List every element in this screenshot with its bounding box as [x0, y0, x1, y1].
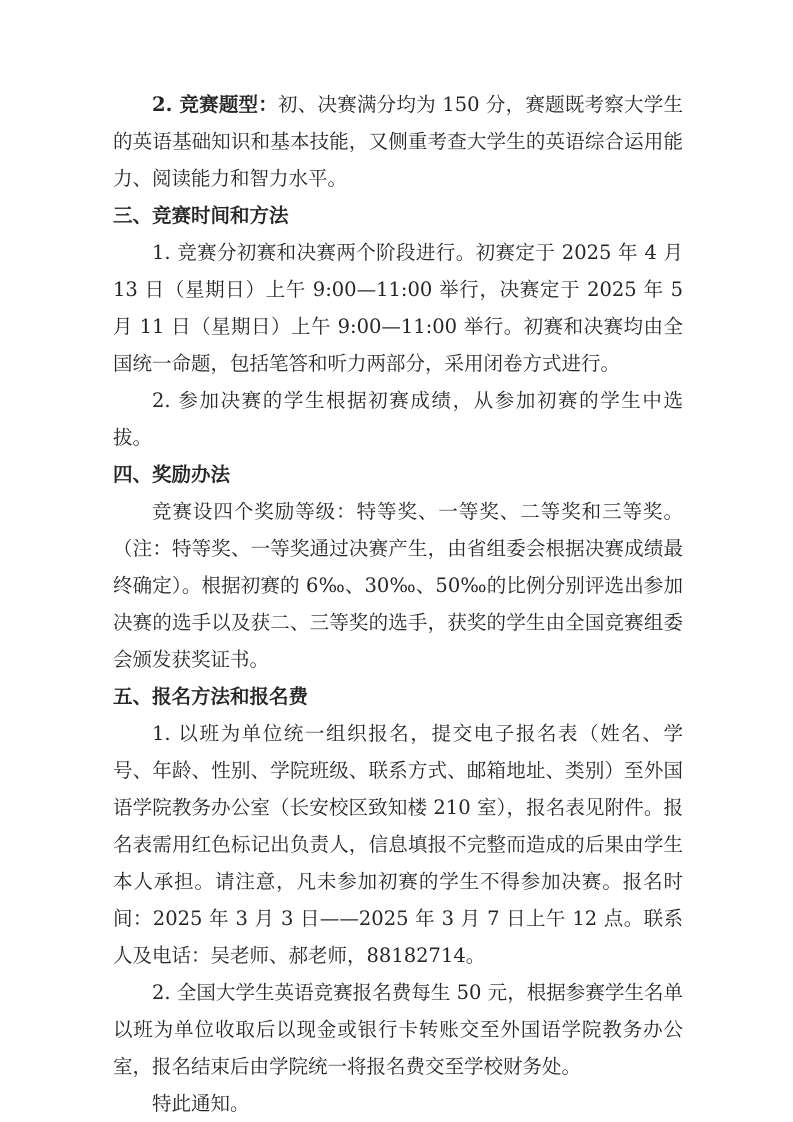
heading-section-awards: 四、奖励办法 [113, 456, 683, 493]
document-page: 2. 竞赛题型：初、决赛满分均为 150 分，赛题既考察大学生的英语基础知识和基… [0, 0, 793, 1122]
paragraph-notice-closing: 特此通知。 [113, 1085, 683, 1122]
paragraph-final-selection: 2. 参加决赛的学生根据初赛成绩，从参加初赛的学生中选拔。 [113, 382, 683, 456]
heading-section-registration: 五、报名方法和报名费 [113, 678, 683, 715]
paragraph-registration-method: 1. 以班为单位统一组织报名，提交电子报名表（姓名、学号、年龄、性别、学院班级、… [113, 715, 683, 974]
paragraph-schedule: 1. 竞赛分初赛和决赛两个阶段进行。初赛定于 2025 年 4 月 13 日（星… [113, 234, 683, 382]
paragraph-award-levels: 竞赛设四个奖励等级：特等奖、一等奖、二等奖和三等奖。（注：特等奖、一等奖通过决赛… [113, 493, 683, 678]
paragraph-exam-format-lead: 2. 竞赛题型： [152, 93, 278, 116]
paragraph-exam-format: 2. 竞赛题型：初、决赛满分均为 150 分，赛题既考察大学生的英语基础知识和基… [113, 86, 683, 197]
heading-section-time-method: 三、竞赛时间和方法 [113, 197, 683, 234]
document-body: 2. 竞赛题型：初、决赛满分均为 150 分，赛题既考察大学生的英语基础知识和基… [113, 86, 683, 1122]
paragraph-registration-fee: 2. 全国大学生英语竞赛报名费每生 50 元，根据参赛学生名单以班为单位收取后以… [113, 974, 683, 1085]
